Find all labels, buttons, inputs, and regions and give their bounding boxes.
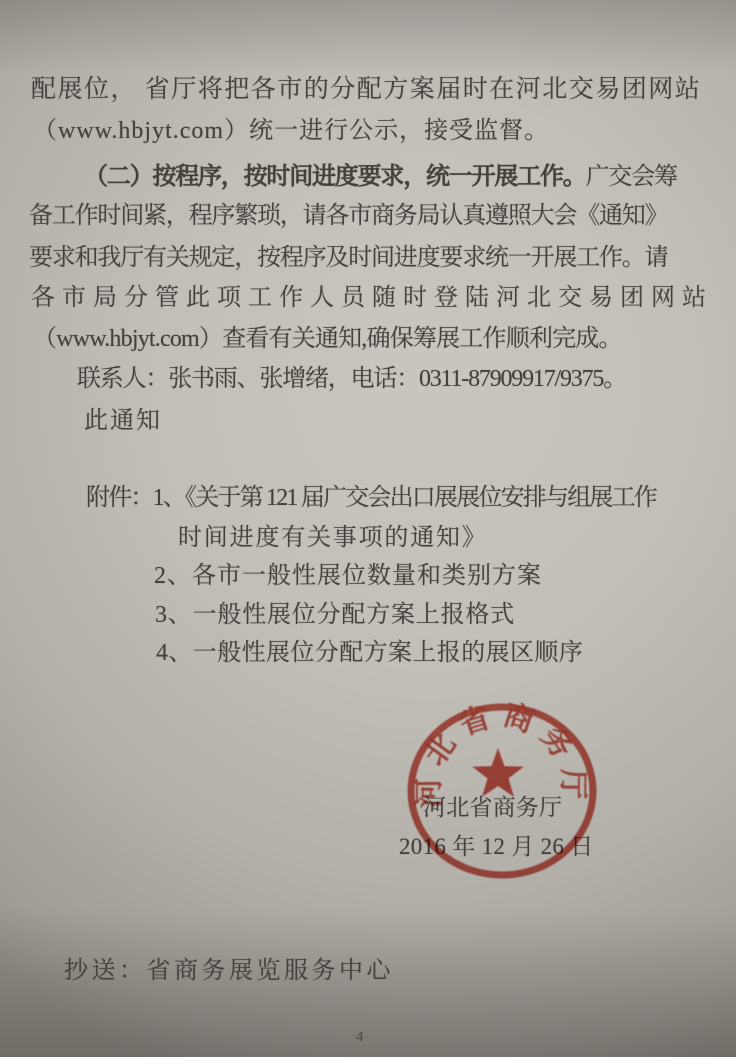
body-paragraph2-line2: 备工作时间紧，程序繁琐，请各市商务局认真遵照大会《通知》 xyxy=(29,195,667,230)
body-paragraph2-line3: 要求和我厅有关规定，按程序及时间进度要求统一开展工作。请 xyxy=(29,237,667,272)
body-paragraph2-line1: （二）按程序，按时间进度要求，统一开展工作。广交会筹 xyxy=(84,156,677,191)
attachment-line-2: 2、各市一般性展位数量和类别方案 xyxy=(154,555,542,590)
attachment-line-3: 3、一般性展位分配方案上报格式 xyxy=(155,594,515,629)
body-paragraph1-line2: （www.hbjyt.com）统一进行公示，接受监督。 xyxy=(33,110,549,145)
body-paragraph2-line5: （www.hbjyt.com）查看有关通知,确保筹展工作顺利完成。 xyxy=(33,318,622,353)
attachment-line-4: 4、一般性展位分配方案上报的展区顺序 xyxy=(156,632,583,667)
document-page-photo: 配展位， 省厅将把各市的分配方案届时在河北交易团网站 （www.hbjyt.co… xyxy=(0,0,736,1057)
seal-ring-text: 河北省商务厅 xyxy=(413,697,589,808)
paragraph2-heading: （二）按程序，按时间进度要求，统一开展工作。 xyxy=(84,164,586,190)
paragraph2-line1-rest: 广交会筹 xyxy=(586,164,677,190)
contact-line: 联系人：张书雨、张增绪，电话：0311-87909917/9375。 xyxy=(77,358,626,393)
closing-line: 此通知 xyxy=(84,400,162,435)
body-paragraph1-line1: 配展位， 省厅将把各市的分配方案届时在河北交易团网站 xyxy=(31,69,701,105)
page-number: 4 xyxy=(356,1029,364,1046)
body-paragraph2-line4: 各市局分管此项工作人员随时登陆河北交易团网站 xyxy=(31,277,713,312)
seal-star-icon xyxy=(472,748,523,797)
attachment-line-1-continuation: 时间进度有关事项的通知》 xyxy=(178,517,488,552)
official-red-seal: 河北省商务厅 xyxy=(402,685,602,885)
attachment-line-1: 附件：1、《关于第 121 届广交会出口展展位安排与组展工作 xyxy=(86,477,656,512)
cc-line: 抄送：省商务展览服务中心 xyxy=(64,950,394,985)
svg-text:河北省商务厅: 河北省商务厅 xyxy=(413,697,589,808)
